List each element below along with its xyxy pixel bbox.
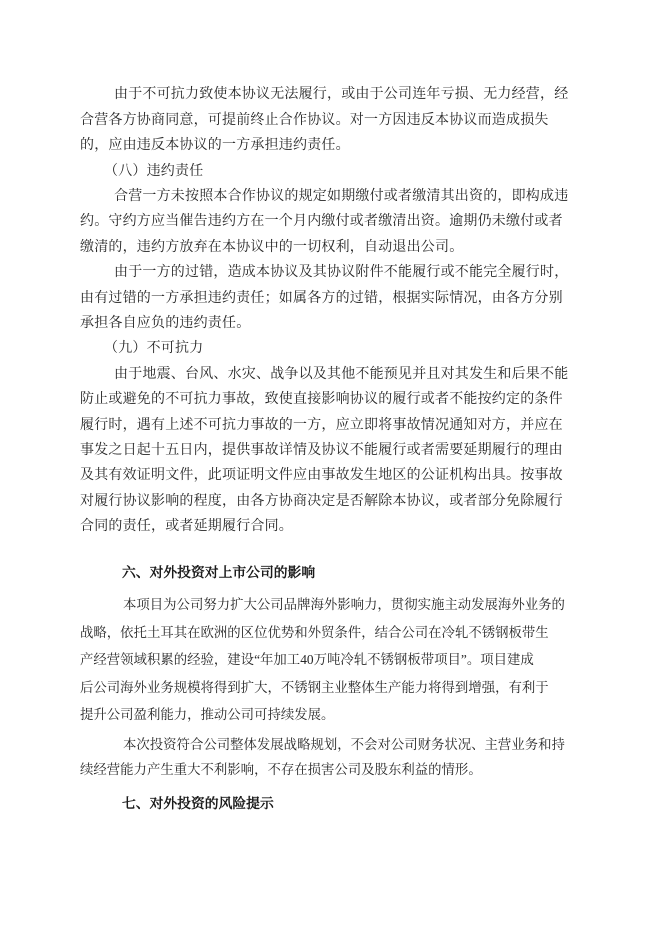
text-line: 合营一方未按照本合作协议的规定如期缴付或者缴清其出资的，即构成违	[80, 184, 590, 209]
text-line: 的，应由违反本协议的一方承担违约责任。	[80, 133, 590, 158]
text-line: 缴清的，违约方放弃在本协议中的一切权利，自动退出公司。	[80, 235, 590, 260]
paragraph-strategy-fit: 本次投资符合公司整体发展战略规划，不会对公司财务状况、主营业务和持 续经营能力产…	[80, 733, 590, 782]
text-line: 续经营能力产生重大不利影响，不存在损害公司及股东利益的情形。	[80, 758, 590, 783]
text-column: 由于不可抗力致使本协议无法履行，或由于公司连年亏损、无力经营，经 合营各方协商同…	[80, 0, 590, 817]
text-line: 约。守约方应当催告违约方在一个月内缴付或者缴清出资。逾期仍未缴付或者	[80, 209, 590, 234]
paragraph-fault-liability: 由于一方的过错，造成本协议及其协议附件不能履行或不能完全履行时， 由有过错的一方…	[80, 260, 590, 336]
text-line: 及其有效证明文件，此项证明文件应由事故发生地区的公证机构出具。按事故	[80, 463, 590, 488]
text-line: 履行时，遇有上述不可抗力事故的一方，应立即将事故情况通知对方，并应在	[80, 413, 590, 438]
section-heading-line: 六、对外投资对上市公司的影响	[80, 560, 590, 585]
text-line: 由于一方的过错，造成本协议及其协议附件不能履行或不能完全履行时，	[80, 260, 590, 285]
text-line: 由于不可抗力致使本协议无法履行，或由于公司连年亏损、无力经营，经	[80, 82, 590, 107]
clause-heading-line: （九）不可抗力	[80, 336, 590, 361]
paragraph-force-majeure: 由于地震、台风、水灾、战争以及其他不能预见并且对其发生和后果不能 防止或避免的不…	[80, 362, 590, 540]
text-line: 合同的责任，或者延期履行合同。	[80, 514, 590, 539]
text-line: 事发之日起十五日内，提供事故详情及协议不能履行或者需要延期履行的理由	[80, 438, 590, 463]
text-line: 战略，依托土耳其在欧洲的区位优势和外贸条件，结合公司在冷轧不锈钢板带生	[80, 619, 590, 647]
text-line: 本项目为公司努力扩大公司品牌海外影响力，贯彻实施主动发展海外业务的	[80, 591, 590, 619]
text-line: 合营各方协商同意，可提前终止合作协议。对一方因违反本协议而造成损失	[80, 108, 590, 133]
section-heading-line: 七、对外投资的风险提示	[80, 791, 590, 816]
text-line: 承担各自应负的违约责任。	[80, 311, 590, 336]
text-line: 由有过错的一方承担违约责任；如属各方的过错，根据实际情况，由各方分别	[80, 286, 590, 311]
clause-heading-line: （八）违约责任	[80, 159, 590, 184]
section-heading-6: 六、对外投资对上市公司的影响	[80, 560, 590, 585]
text-line: 防止或避免的不可抗力事故，致使直接影响协议的履行或者不能按约定的条件	[80, 387, 590, 412]
document-page: 由于不可抗力致使本协议无法履行，或由于公司连年亏损、无力经营，经 合营各方协商同…	[0, 0, 660, 933]
text-line: 对履行协议影响的程度，由各方协商决定是否解除本协议，或者部分免除履行	[80, 489, 590, 514]
paragraph-breach-capital: 合营一方未按照本合作协议的规定如期缴付或者缴清其出资的，即构成违 约。守约方应当…	[80, 184, 590, 260]
paragraph-impact: 本项目为公司努力扩大公司品牌海外影响力，贯彻实施主动发展海外业务的 战略，依托土…	[80, 591, 590, 729]
paragraph-termination: 由于不可抗力致使本协议无法履行，或由于公司连年亏损、无力经营，经 合营各方协商同…	[80, 82, 590, 158]
text-line: 本次投资符合公司整体发展战略规划，不会对公司财务状况、主营业务和持	[80, 733, 590, 758]
text-line: 后公司海外业务规模将得到扩大，不锈钢主业整体生产能力将得到增强，有利于	[80, 674, 590, 702]
text-line: 提升公司盈利能力，推动公司可持续发展。	[80, 701, 590, 729]
clauses-text-block: 由于不可抗力致使本协议无法履行，或由于公司连年亏损、无力经营，经 合营各方协商同…	[80, 82, 590, 539]
clause-heading-8: （八）违约责任	[80, 159, 590, 184]
clause-heading-9: （九）不可抗力	[80, 336, 590, 361]
section-heading-7: 七、对外投资的风险提示	[80, 791, 590, 816]
text-line: 由于地震、台风、水灾、战争以及其他不能预见并且对其发生和后果不能	[80, 362, 590, 387]
text-line: 产经营领域积累的经验，建设“年加工40万吨冷轧不锈钢板带项目”。项目建成	[80, 646, 590, 674]
